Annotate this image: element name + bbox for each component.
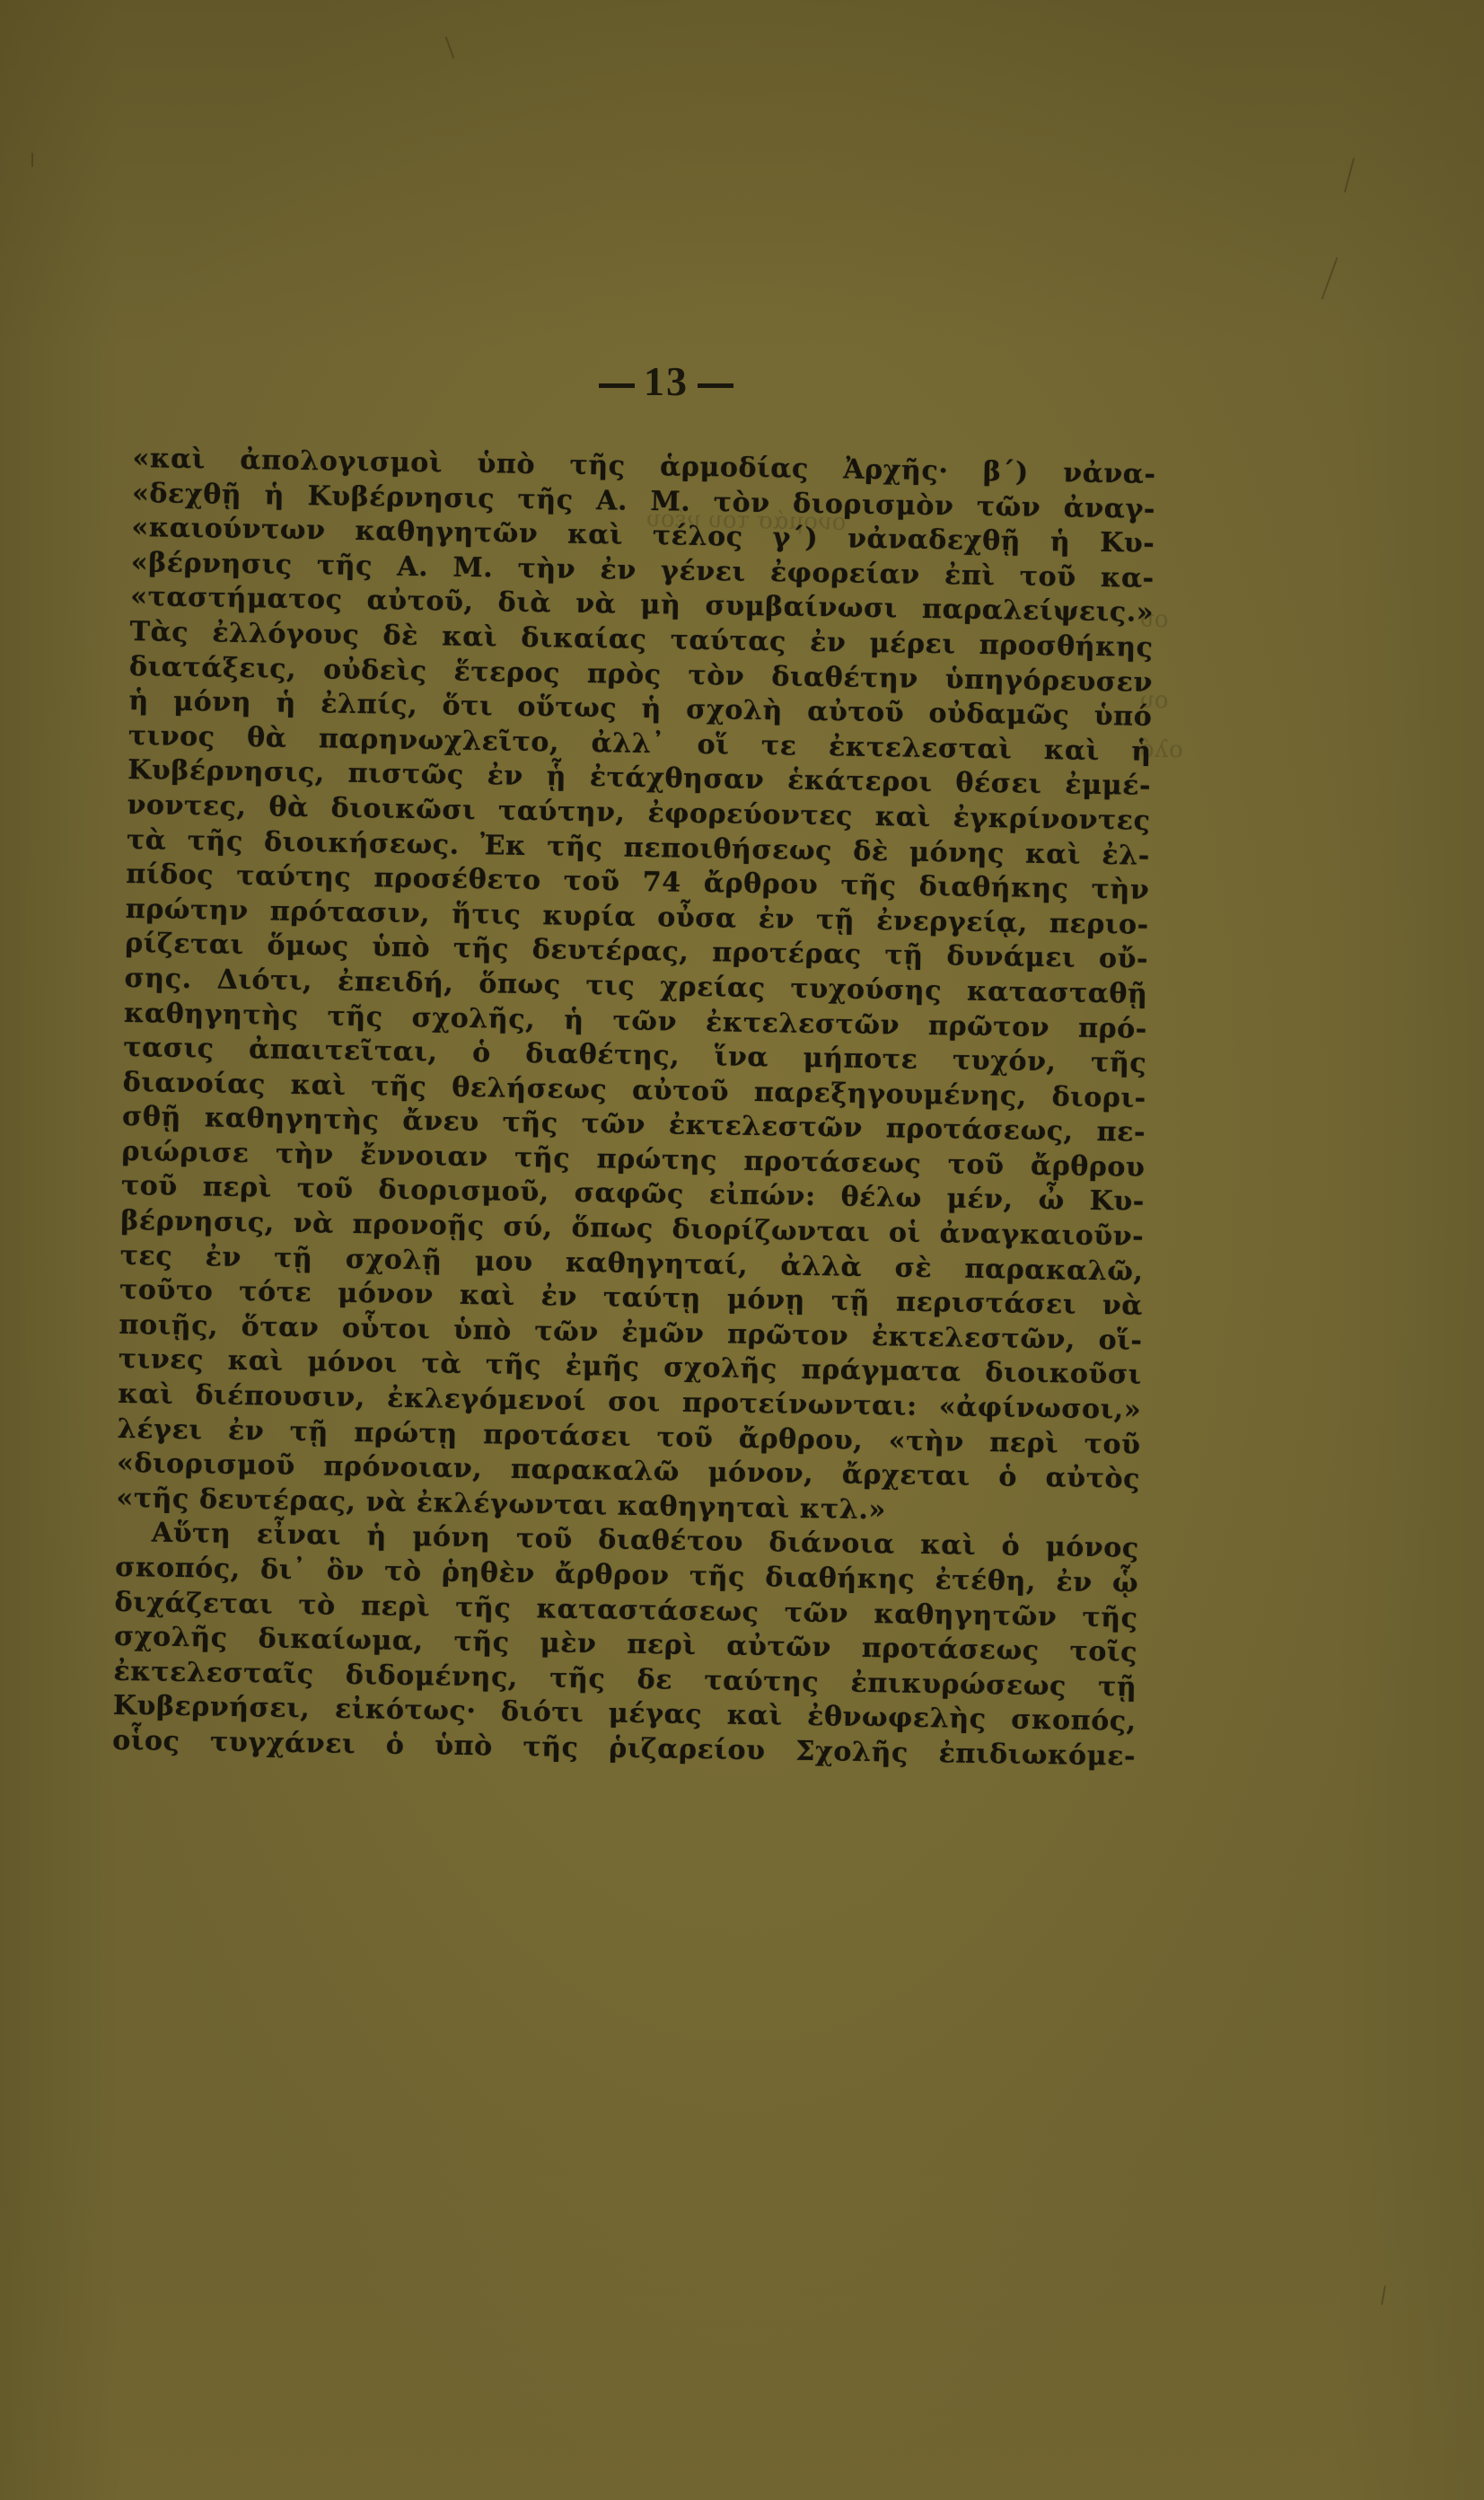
body-text: «καὶ ἀπολογισμοὶ ὑπὸ τῆς ἁρμοδίας Ἀρχῆς·… (112, 442, 1156, 1774)
page-number-value: 13 (644, 358, 689, 404)
paper-fiber-decoration (31, 153, 33, 167)
folio-dash-right (698, 383, 733, 388)
page-number: 13 (549, 357, 783, 405)
paper-fiber-decoration (1344, 157, 1355, 192)
paper-fiber-decoration (1381, 2285, 1386, 2305)
paper-fiber-decoration (445, 36, 455, 58)
paper-fiber-decoration (1322, 257, 1339, 300)
folio-dash-left (599, 383, 635, 388)
scanned-page: ονομάσ του νέου ου ου ολό 13 «καὶ ἀπολογ… (0, 0, 1484, 2500)
